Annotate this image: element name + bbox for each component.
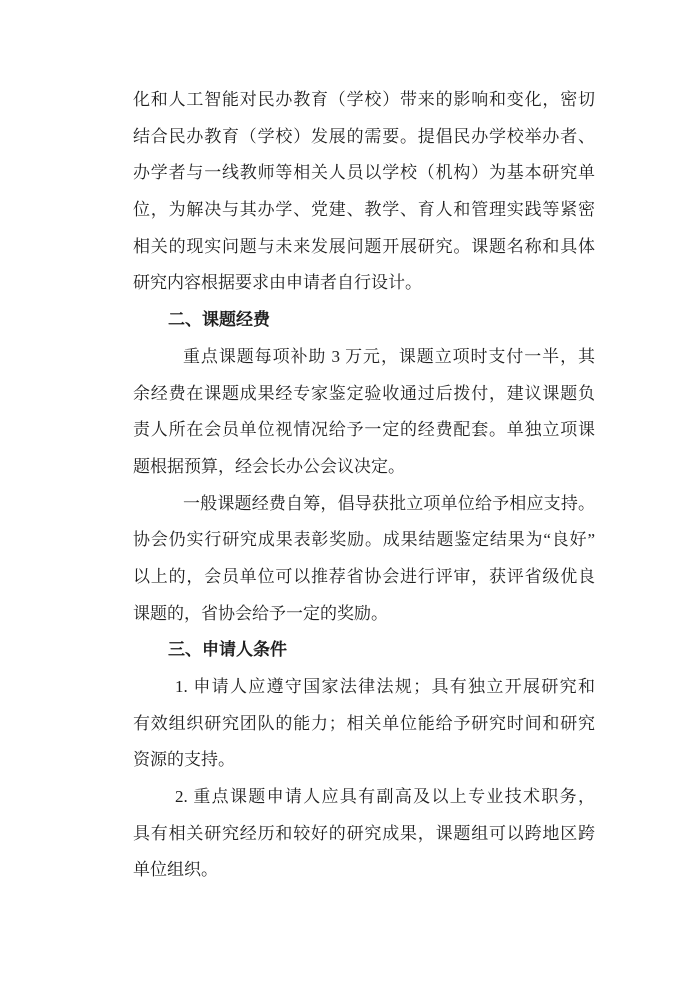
text-line: 责人所在会员单位视情况给予一定的经费配套。单独立项课 [133, 412, 595, 449]
text-line: 课题的，省协会给予一定的奖励。 [133, 596, 595, 633]
text-line: 资源的支持。 [133, 742, 595, 779]
section-heading-funding: 二、课题经费 [133, 302, 595, 339]
text-line: 2. 重点课题申请人应具有副高及以上专业技术职务， [133, 779, 595, 816]
document-text-block: 化和人工智能对民办教育（学校）带来的影响和变化，密切 结合民办教育（学校）发展的… [133, 82, 595, 889]
text-line: 一般课题经费自筹，倡导获批立项单位给予相应支持。 [133, 486, 595, 523]
text-line: 相关的现实问题与未来发展问题开展研究。课题名称和具体 [133, 229, 595, 266]
text-line: 研究内容根据要求由申请者自行设计。 [133, 265, 595, 302]
text-line: 办学者与一线教师等相关人员以学校（机构）为基本研究单 [133, 155, 595, 192]
text-line: 单位组织。 [133, 852, 595, 889]
section-heading-applicant: 三、申请人条件 [133, 632, 595, 669]
text-line: 具有相关研究经历和较好的研究成果，课题组可以跨地区跨 [133, 816, 595, 853]
text-line: 化和人工智能对民办教育（学校）带来的影响和变化，密切 [133, 82, 595, 119]
text-line: 以上的，会员单位可以推荐省协会进行评审，获评省级优良 [133, 559, 595, 596]
text-line: 题根据预算，经会长办公会议决定。 [133, 449, 595, 486]
text-line: 1. 申请人应遵守国家法律法规；具有独立开展研究和 [133, 669, 595, 706]
text-line: 结合民办教育（学校）发展的需要。提倡民办学校举办者、 [133, 119, 595, 156]
text-line: 协会仍实行研究成果表彰奖励。成果结题鉴定结果为“良好” [133, 522, 595, 559]
text-line: 重点课题每项补助 3 万元，课题立项时支付一半，其 [133, 339, 595, 376]
text-line: 位，为解决与其办学、党建、教学、育人和管理实践等紧密 [133, 192, 595, 229]
text-line: 余经费在课题成果经专家鉴定验收通过后拨付，建议课题负 [133, 376, 595, 413]
text-line: 有效组织研究团队的能力；相关单位能给予研究时间和研究 [133, 706, 595, 743]
document-page: 化和人工智能对民办教育（学校）带来的影响和变化，密切 结合民办教育（学校）发展的… [0, 0, 700, 989]
